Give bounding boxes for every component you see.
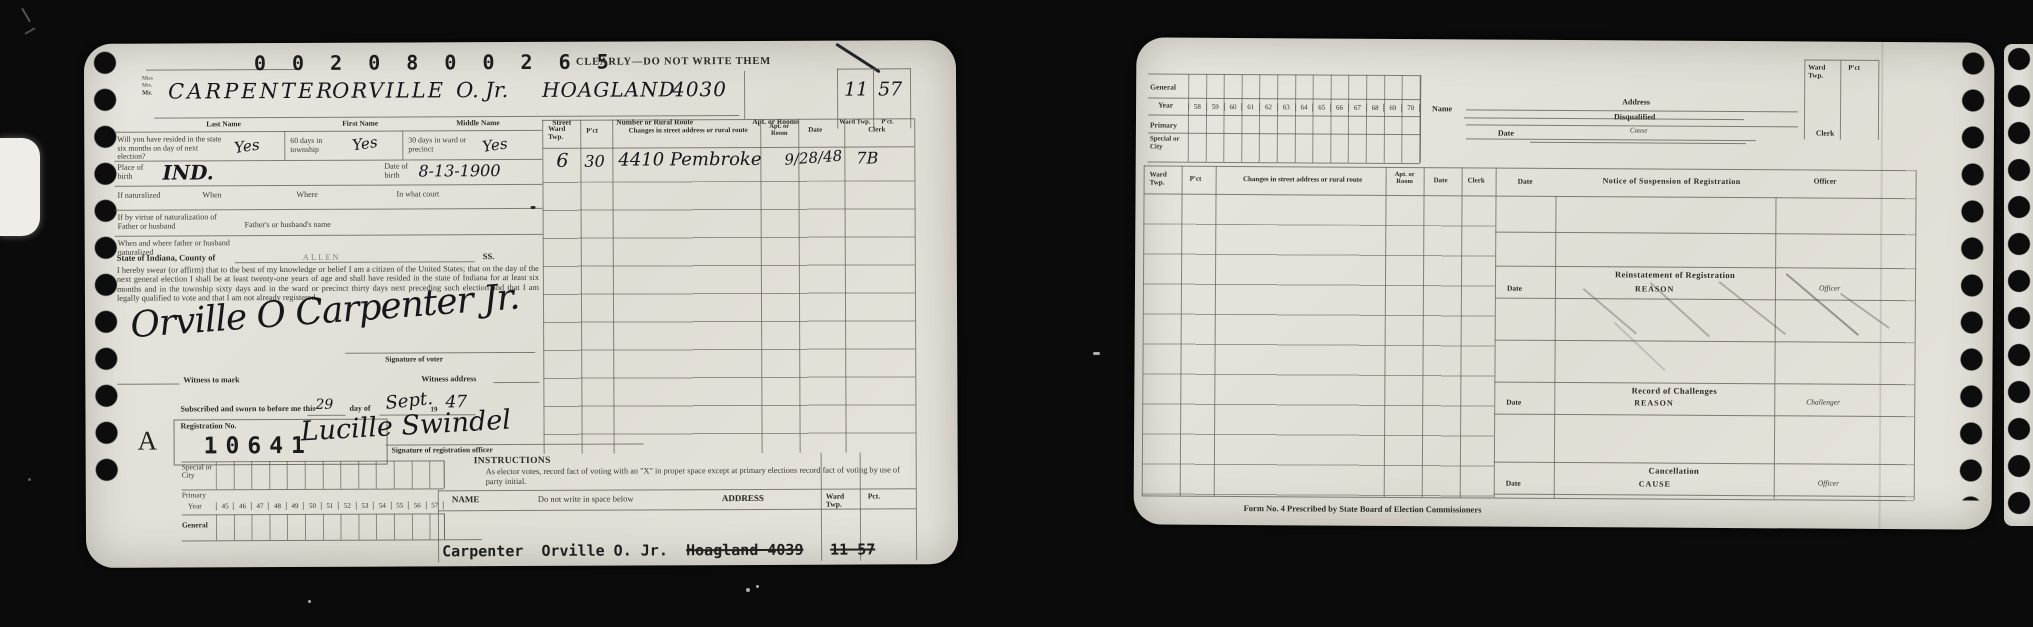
- corner-ward-label: Ward Twp.: [1808, 64, 1836, 80]
- prefix-mr: Mr.: [142, 90, 152, 97]
- general-label: General: [1150, 83, 1176, 92]
- grid-line: [744, 71, 745, 119]
- cancellation-officer-header: Officer: [1818, 480, 1839, 489]
- prefix-mrs: Mrs.: [142, 83, 152, 89]
- clerk-label: Clerk: [1816, 130, 1834, 139]
- rule-line: [493, 382, 539, 383]
- grid-line: [1495, 340, 1915, 344]
- corner-pct-value: 57: [878, 78, 902, 100]
- rule-line: [235, 261, 475, 263]
- form-footer: Form No. 4 Prescribed by State Board of …: [1244, 504, 1482, 515]
- where-label: Where: [297, 191, 318, 200]
- film-speck: [28, 478, 31, 481]
- ward-twp-header: Ward Twp.: [826, 493, 856, 510]
- punch-holes: [92, 50, 120, 482]
- sworn-text: Subscribed and sworn to before me this: [180, 405, 315, 415]
- if-naturalized-label: If naturalized: [118, 192, 161, 201]
- grid-line: [1494, 462, 1914, 466]
- residency-ward-question: 30 days in ward or precinct: [408, 136, 474, 154]
- typed-name: Carpenter Orville O. Jr.: [442, 541, 668, 560]
- general-label: General: [182, 521, 208, 530]
- cancellation-title: Cancellation: [1612, 465, 1736, 476]
- grid-line: [402, 131, 403, 160]
- place-of-birth-value: IND.: [162, 160, 213, 184]
- table-header-changes: Changes in street address or rural route: [1224, 176, 1382, 185]
- do-not-write-note: CLEARLY—DO NOT WRITE THEM: [576, 56, 771, 69]
- registration-label: Registration No.: [181, 422, 237, 431]
- reinstatement-date-header: Date: [1507, 285, 1522, 293]
- grid-line: [1144, 193, 1916, 199]
- grid-line: [438, 488, 916, 491]
- last-name-value: CARPENTER: [168, 79, 335, 104]
- disqualified-label: Disqualified: [1614, 113, 1655, 122]
- house-number-value: 4030: [672, 77, 727, 101]
- film-speck: [308, 600, 311, 603]
- adjacent-card-edge: [2004, 44, 2033, 526]
- year-label: Year: [188, 502, 202, 510]
- changes-address-value: 4410 Pembroke: [618, 149, 761, 171]
- changes-header-pct: P'ct: [586, 128, 598, 136]
- empty-table-rows: [542, 180, 915, 454]
- when-label: When: [203, 191, 222, 200]
- table-header-date: Date: [1434, 177, 1448, 185]
- changes-header-date: Date: [808, 127, 822, 135]
- rule-line: [117, 383, 179, 384]
- suspension-title: Notice of Suspension of Registration: [1574, 176, 1770, 186]
- grid-line: [1495, 232, 1915, 236]
- film-speck: [756, 585, 759, 588]
- primary-label: Primary: [1150, 121, 1177, 130]
- rule-line: [1464, 117, 1744, 120]
- grid-line: [1495, 266, 1915, 270]
- grid-line: [1494, 414, 1914, 418]
- registration-number: 10641: [204, 433, 313, 459]
- residency-ward-answer: Yes: [481, 134, 509, 155]
- challenges-date-header: Date: [1506, 399, 1521, 407]
- instructions-body: As elector votes, record fact of voting …: [486, 465, 916, 486]
- do-not-write-below-note: Do not write in space below: [538, 495, 634, 505]
- punch-holes: [1958, 50, 1987, 500]
- affidavit-ss: SS.: [483, 252, 495, 262]
- residency-township-question: 60 days in township: [290, 137, 350, 155]
- grid-line: [114, 130, 542, 133]
- corner-ward-value: 11: [844, 78, 868, 100]
- grid-line: [1804, 59, 1805, 139]
- cancellation-date-header: Date: [1506, 480, 1521, 488]
- grid-line: [115, 234, 543, 237]
- primary-label: Primary: [182, 491, 206, 499]
- date-of-birth-value: 8-13-1900: [418, 161, 500, 180]
- year-label: Year: [1158, 102, 1173, 110]
- grid-line: [284, 131, 285, 160]
- grid-line: [1554, 196, 1557, 498]
- punch-holes: [2006, 46, 2032, 516]
- changes-pct-value: 30: [584, 152, 604, 171]
- middle-name-value: O. Jr.: [456, 78, 508, 102]
- challenges-title: Record of Challenges: [1589, 385, 1759, 396]
- typed-address: Hoagland 4039: [686, 541, 803, 560]
- street-value: HOAGLAND: [542, 77, 676, 102]
- grid-line: [1494, 494, 1914, 498]
- ink-dot: [531, 206, 536, 209]
- officer-signature-label: Signature of registration officer: [392, 446, 493, 455]
- changes-ward-value: 6: [556, 150, 568, 172]
- reinstatement-officer-header: Officer: [1819, 285, 1840, 294]
- table-header-apt: Apt. or Room: [1392, 171, 1418, 186]
- suspension-date-header: Date: [1518, 178, 1533, 186]
- fold-seam: [1879, 42, 1884, 529]
- pencil-marks: [1613, 322, 1665, 372]
- name-field-label: Name: [1432, 105, 1452, 114]
- instructions-title: INSTRUCTIONS: [474, 456, 551, 466]
- reinstatement-title: Reinstatement of Registration: [1565, 269, 1785, 280]
- rule-line: [1466, 138, 1756, 141]
- date-field-label: Date: [1498, 130, 1514, 139]
- changes-clerk-value: 7B: [856, 148, 878, 167]
- table-header-clerk: Clerk: [1468, 177, 1485, 185]
- primary-year-cells: 45464748495051525354555657: [216, 498, 444, 513]
- grid-line: [182, 539, 482, 541]
- middle-name-label: Middle Name: [456, 119, 500, 128]
- pct-header: Pct.: [868, 492, 880, 500]
- changes-date-value: 9/28/48: [784, 147, 843, 169]
- residency-state-answer: Yes: [233, 135, 261, 156]
- last-name-label: Last Name: [206, 120, 241, 129]
- cancellation-cause-header: CAUSE: [1639, 480, 1671, 489]
- grid-line: [1774, 197, 1777, 499]
- address-field-label: Address: [1622, 98, 1650, 107]
- film-speck: [1093, 352, 1100, 355]
- typed-ward-pct: 11 57: [830, 540, 875, 558]
- right-registration-card: General Year Primary Special or City 585…: [1134, 37, 1995, 529]
- voting-grid-general-row: [216, 513, 445, 540]
- first-name-label: First Name: [342, 120, 378, 129]
- film-scratch: [24, 27, 35, 35]
- year-cells: 58596061626364656667686970: [1188, 100, 1420, 114]
- changes-header-ward: Ward Twp.: [548, 126, 576, 142]
- serial-stamp: 0 0 2 0 8 0 0 2 6 5: [254, 50, 616, 76]
- pencil-marks: [1650, 282, 1710, 337]
- voter-signature-label: Signature of voter: [385, 355, 443, 364]
- special-or-city-label: Special or City: [182, 463, 216, 480]
- virtue-naturalization-label: If by virtue of naturalization of Father…: [118, 213, 238, 231]
- cause-label: Cause: [1630, 127, 1648, 135]
- challenges-challenger-header: Challenger: [1806, 398, 1840, 407]
- first-name-value: ORVILLE: [332, 78, 445, 102]
- grid-line: [916, 452, 917, 560]
- grid-line: [438, 508, 916, 511]
- film-edge-blob: [0, 138, 40, 236]
- place-of-birth-label: Place of birth: [117, 164, 151, 182]
- rule-line: [1530, 142, 1746, 144]
- left-registration-card: 0 0 2 0 8 0 0 2 6 5 CLEARLY—DO NOT WRITE…: [84, 40, 958, 568]
- prefix-miss: Miss: [142, 76, 153, 82]
- date-of-birth-label: Date of birth: [384, 162, 414, 180]
- empty-table-rows: [1142, 223, 1496, 497]
- residency-township-answer: Yes: [351, 133, 379, 154]
- grid-line: [182, 488, 444, 490]
- grid-line: [1840, 60, 1841, 140]
- address-header: ADDRESS: [722, 493, 764, 503]
- witness-address-label: Witness address: [421, 375, 476, 384]
- voting-grid-columns: [1188, 74, 1422, 163]
- pencil-marks: [1786, 273, 1860, 336]
- changes-header-clerk: Clerk: [868, 126, 885, 134]
- grid-line: [1144, 165, 1916, 171]
- challenges-reason-header: REASON: [1634, 399, 1673, 408]
- film-speck: [746, 588, 750, 592]
- changes-header-apt: Apt. or Room: [766, 123, 792, 138]
- affidavit-state-line: State of Indiana, County of: [117, 253, 216, 263]
- sworn-day-value: 29: [315, 397, 333, 413]
- pencil-marks: [1718, 281, 1786, 335]
- witness-to-mark-label: Witness to mark: [183, 376, 239, 385]
- grid-line: [1914, 170, 1917, 500]
- changes-header-address: Changes in street address or rural route: [620, 127, 756, 135]
- voting-grid-special-row: [216, 460, 445, 489]
- table-header-ward: Ward Twp.: [1150, 171, 1178, 187]
- residency-state-question: Will you have resided in the state six m…: [117, 135, 222, 162]
- corner-pct-label: P'ct: [1848, 65, 1860, 73]
- grid-line: [1494, 382, 1914, 386]
- film-scratch: [21, 8, 31, 23]
- suspension-officer-header: Officer: [1814, 178, 1837, 187]
- court-label: In what court: [397, 190, 440, 199]
- pencil-marks: [1583, 288, 1638, 335]
- father-name-label: Father's or husband's name: [245, 221, 331, 230]
- index-letter: A: [138, 426, 158, 457]
- microfilm-frame: 0 0 2 0 8 0 0 2 6 5 CLEARLY—DO NOT WRITE…: [0, 0, 2033, 627]
- grid-line: [115, 208, 543, 211]
- name-header: NAME: [452, 494, 480, 504]
- grid-line: [1878, 60, 1879, 140]
- table-header-pct: P'ct: [1190, 176, 1202, 184]
- special-or-city-label: Special or City: [1150, 135, 1180, 151]
